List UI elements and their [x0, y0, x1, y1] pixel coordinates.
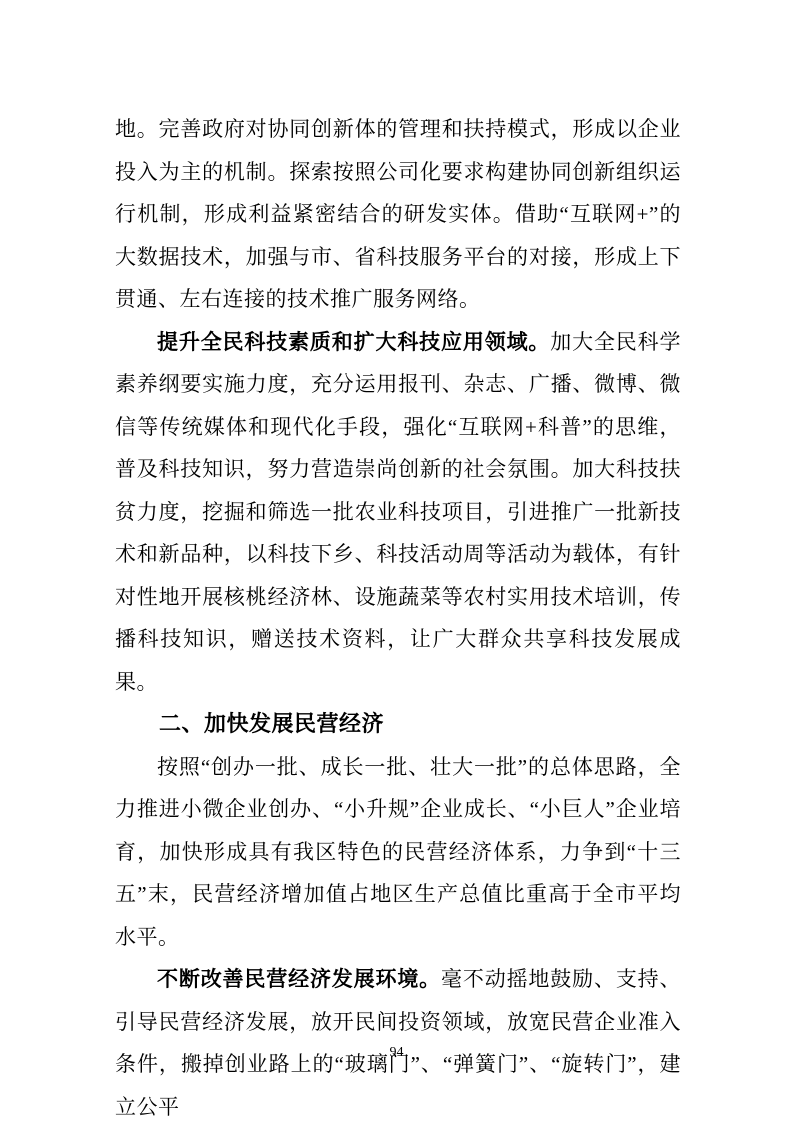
document-page: 地。完善政府对协同创新体的管理和扶持模式，形成以企业投入为主的机制。探索按照公司… [0, 0, 793, 1122]
paragraph-continuation: 地。完善政府对协同创新体的管理和扶持模式，形成以企业投入为主的机制。探索按照公司… [115, 108, 681, 321]
paragraph: 提升全民科技素质和扩大科技应用领域。加大全民科学素养纲要实施力度，充分运用报刊、… [115, 321, 681, 704]
paragraph-text: 加大全民科学素养纲要实施力度，充分运用报刊、杂志、广播、微博、微信等传统媒体和现… [115, 330, 681, 694]
page-number: 94 [0, 1044, 793, 1062]
paragraph-lead-bold: 不断改善民营经济发展环境。 [157, 967, 441, 991]
paragraph-text: 按照“创办一批、成长一批、壮大一批”的总体思路，全力推进小微企业创办、“小升规”… [115, 755, 681, 949]
paragraph-lead-bold: 提升全民科技素质和扩大科技应用领域。 [157, 330, 550, 354]
section-heading: 二、加快发展民营经济 [115, 703, 681, 746]
document-body: 地。完善政府对协同创新体的管理和扶持模式，形成以企业投入为主的机制。探索按照公司… [115, 108, 681, 1122]
paragraph: 按照“创办一批、成长一批、壮大一批”的总体思路，全力推进小微企业创办、“小升规”… [115, 746, 681, 959]
paragraph-text: 地。完善政府对协同创新体的管理和扶持模式，形成以企业投入为主的机制。探索按照公司… [115, 117, 681, 311]
paragraph: 不断改善民营经济发展环境。毫不动摇地鼓励、支持、引导民营经济发展，放开民间投资领… [115, 958, 681, 1122]
